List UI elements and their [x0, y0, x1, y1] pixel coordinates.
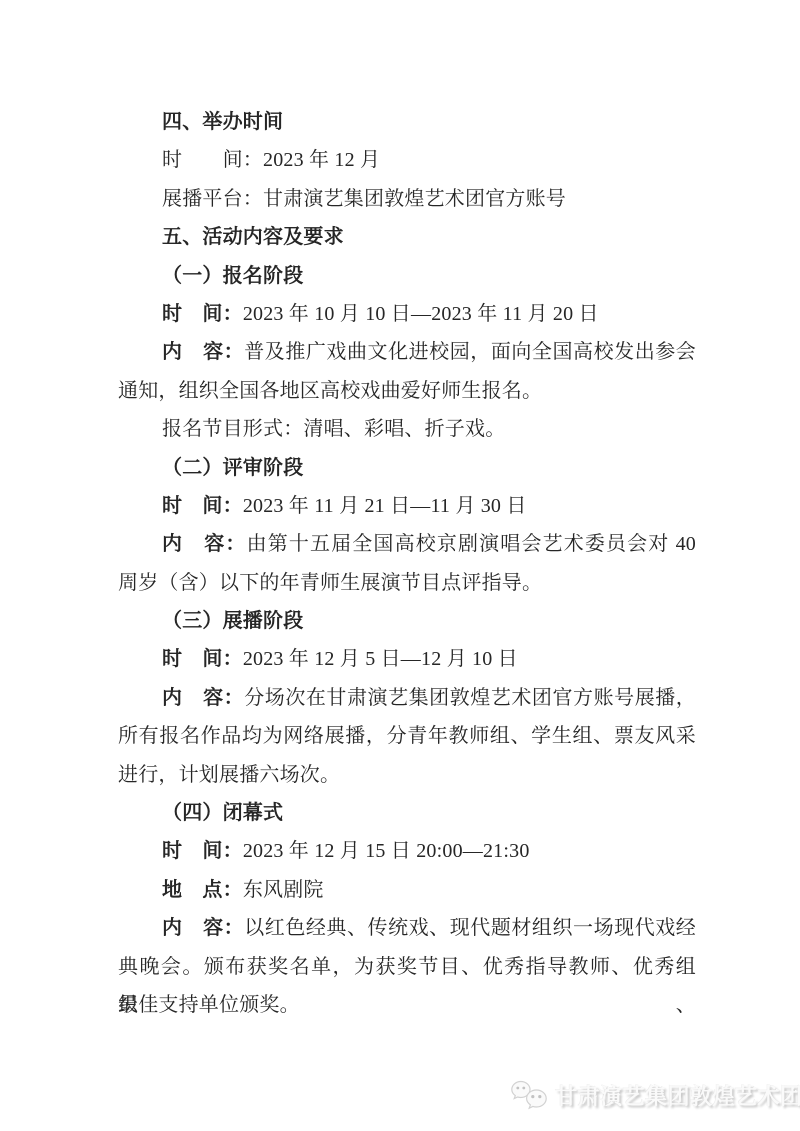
field-label: 内 容：	[162, 341, 244, 363]
line-text: 周岁（含）以下的年青师生展演节目点评指导。	[118, 572, 542, 594]
doc-line-content: 内 容：分场次在甘肃演艺集团敦煌艺术团官方账号展播，	[118, 679, 696, 717]
doc-line-time: 时 间：2023 年 11 月 21 日—11 月 30 日	[118, 487, 696, 525]
field-label: 内 容：	[162, 917, 244, 939]
line-text: 展播平台：甘肃演艺集团敦煌艺术团官方账号	[162, 188, 566, 210]
field-label: 内 容：	[162, 533, 247, 555]
doc-line-content: 内 容：普及推广戏曲文化进校园，面向全国高校发出参会	[118, 333, 696, 371]
heading-text: （四）闭幕式	[162, 802, 283, 824]
page: { "page": { "background": "#ffffff", "te…	[0, 0, 800, 1131]
doc-line-platform: 展播平台：甘肃演艺集团敦煌艺术团官方账号	[118, 180, 696, 218]
doc-line-time: 时 间：2023 年 10 月 10 日—2023 年 11 月 20 日	[118, 295, 696, 333]
section-heading-five: 五、活动内容及要求	[118, 218, 696, 256]
line-text: 2023 年 11 月 21 日—11 月 30 日	[243, 495, 527, 517]
field-label: 时 间：	[162, 495, 243, 517]
line-text: 2023 年 12 月	[263, 149, 380, 171]
subsection-heading-4: （四）闭幕式	[118, 794, 696, 832]
line-text: 东风剧院	[243, 879, 324, 901]
line-text: 进行，计划展播六场次。	[118, 764, 340, 786]
line-text: 最佳支持单位颁奖。	[118, 994, 300, 1016]
subsection-heading-3: （三）展播阶段	[118, 602, 696, 640]
line-text: 2023 年 12 月 5 日—12 月 10 日	[243, 648, 518, 670]
subsection-heading-2: （二）评审阶段	[118, 449, 696, 487]
doc-line: 报名节目形式：清唱、彩唱、折子戏。	[118, 410, 696, 448]
field-label: 时 间：	[162, 648, 243, 670]
field-label: 时 间：	[162, 840, 243, 862]
field-label: 时 间：	[162, 149, 263, 171]
heading-text: 四、举办时间	[162, 111, 283, 133]
doc-line-content: 内 容：由第十五届全国高校京剧演唱会艺术委员会对 40	[118, 525, 696, 563]
doc-line: 通知，组织全国各地区高校戏曲爱好师生报名。	[118, 372, 696, 410]
subsection-heading-1: （一）报名阶段	[118, 257, 696, 295]
heading-text: （二）评审阶段	[162, 457, 303, 479]
doc-line-time: 时 间：2023 年 12 月	[118, 141, 696, 179]
doc-line-time: 时 间：2023 年 12 月 15 日 20:00—21:30	[118, 832, 696, 870]
doc-line-place: 地 点：东风剧院	[118, 871, 696, 909]
heading-text: （一）报名阶段	[162, 265, 303, 287]
account-watermark: 甘肃演艺集团敦煌艺术团	[510, 1078, 800, 1112]
section-heading-four: 四、举办时间	[118, 103, 696, 141]
line-text: 分场次在甘肃演艺集团敦煌艺术团官方账号展播，	[244, 687, 696, 709]
wechat-icon	[510, 1079, 548, 1111]
heading-text: 五、活动内容及要求	[162, 226, 344, 248]
line-text: 以红色经典、传统戏、现代题材组织一场现代戏经	[244, 917, 696, 939]
doc-line: 周岁（含）以下的年青师生展演节目点评指导。	[118, 564, 696, 602]
doc-line: 典晚会。颁布获奖名单，为获奖节目、优秀指导教师、优秀组织、	[118, 948, 696, 986]
line-text: 报名节目形式：清唱、彩唱、折子戏。	[162, 418, 505, 440]
line-text: 普及推广戏曲文化进校园，面向全国高校发出参会	[244, 341, 696, 363]
field-label: 地 点：	[162, 879, 243, 901]
heading-text: （三）展播阶段	[162, 610, 303, 632]
line-text: 通知，组织全国各地区高校戏曲爱好师生报名。	[118, 380, 542, 402]
watermark-text: 甘肃演艺集团敦煌艺术团	[555, 1080, 800, 1111]
line-text: 由第十五届全国高校京剧演唱会艺术委员会对 40	[247, 533, 696, 555]
line-text: 2023 年 12 月 15 日 20:00—21:30	[243, 840, 530, 862]
line-text: 2023 年 10 月 10 日—2023 年 11 月 20 日	[243, 303, 599, 325]
field-label: 时 间：	[162, 303, 243, 325]
line-text: 所有报名作品均为网络展播，分青年教师组、学生组、票友风采	[118, 725, 696, 747]
doc-line: 进行，计划展播六场次。	[118, 756, 696, 794]
doc-line: 所有报名作品均为网络展播，分青年教师组、学生组、票友风采	[118, 717, 696, 755]
doc-line-content: 内 容：以红色经典、传统戏、现代题材组织一场现代戏经	[118, 909, 696, 947]
document-body: 四、举办时间 时 间：2023 年 12 月 展播平台：甘肃演艺集团敦煌艺术团官…	[118, 103, 696, 1024]
field-label: 内 容：	[162, 687, 244, 709]
doc-line-time: 时 间：2023 年 12 月 5 日—12 月 10 日	[118, 640, 696, 678]
